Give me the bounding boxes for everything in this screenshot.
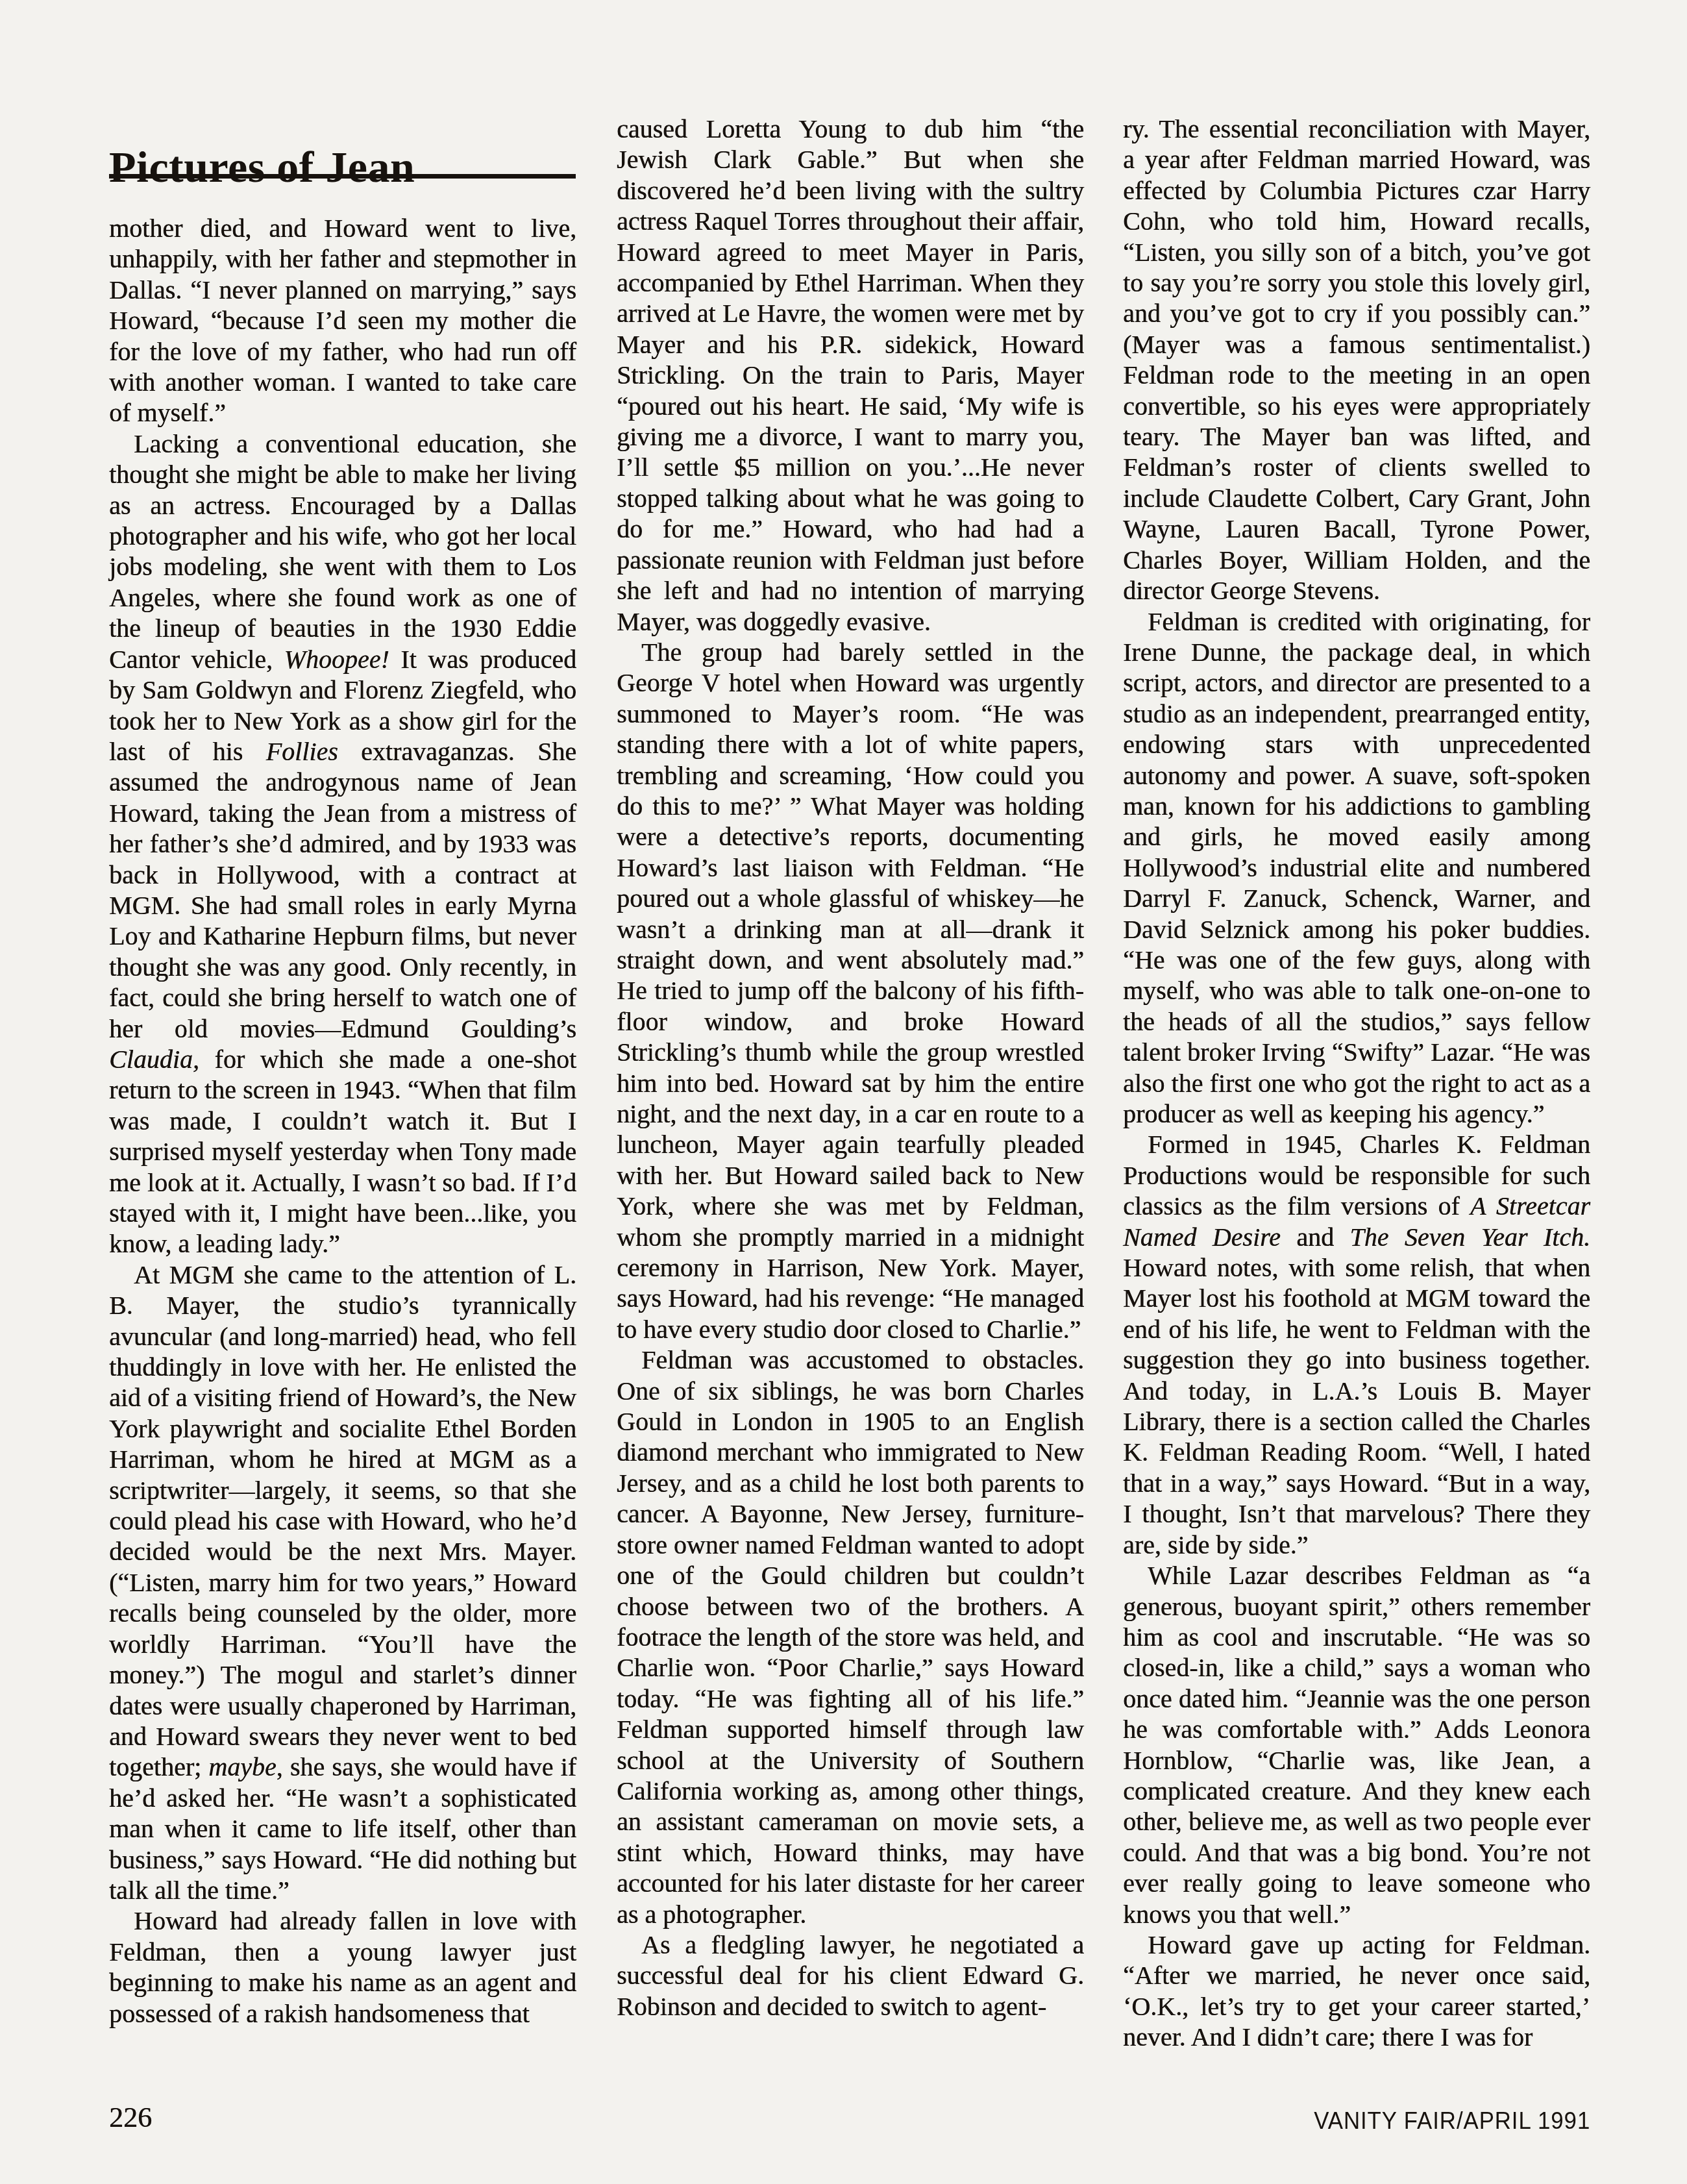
paragraph: Howard had already fallen in love with F… [109,1905,576,2029]
paragraph: caused Loretta Young to dub him “the Jew… [617,114,1084,637]
column-1: mother died, and Howard went to live, un… [109,213,576,2029]
paragraph: At MGM she came to the attention of L. B… [109,1260,576,1906]
paragraph: Feldman was accustomed to obstacles. One… [617,1345,1084,1930]
paragraph: As a fledgling lawyer, he negotiated a s… [617,1930,1084,2022]
column-2: caused Loretta Young to dub him “the Jew… [617,114,1084,2022]
column-3: ry. The essential reconciliation with Ma… [1123,114,1590,2053]
title-rule [109,174,576,179]
paragraph: ry. The essential reconciliation with Ma… [1123,114,1590,606]
paragraph: Lacking a conventional education, she th… [109,428,576,1260]
paragraph: Howard gave up acting for Feldman. “Afte… [1123,1930,1590,2053]
page-number: 226 [109,2101,152,2134]
paragraph: While Lazar describes Feldman as “a gene… [1123,1560,1590,1930]
magazine-footer: VANITY FAIR/APRIL 1991 [1314,2107,1590,2135]
paragraph: The group had barely settled in the Geor… [617,637,1084,1345]
paragraph: Formed in 1945, Charles K. Feldman Produ… [1123,1129,1590,1560]
magazine-page: Pictures of Jean mother died, and Howard… [0,0,1687,2184]
paragraph: mother died, and Howard went to live, un… [109,213,576,428]
paragraph: Feldman is credited with originating, fo… [1123,606,1590,1130]
article-title: Pictures of Jean [109,142,576,193]
